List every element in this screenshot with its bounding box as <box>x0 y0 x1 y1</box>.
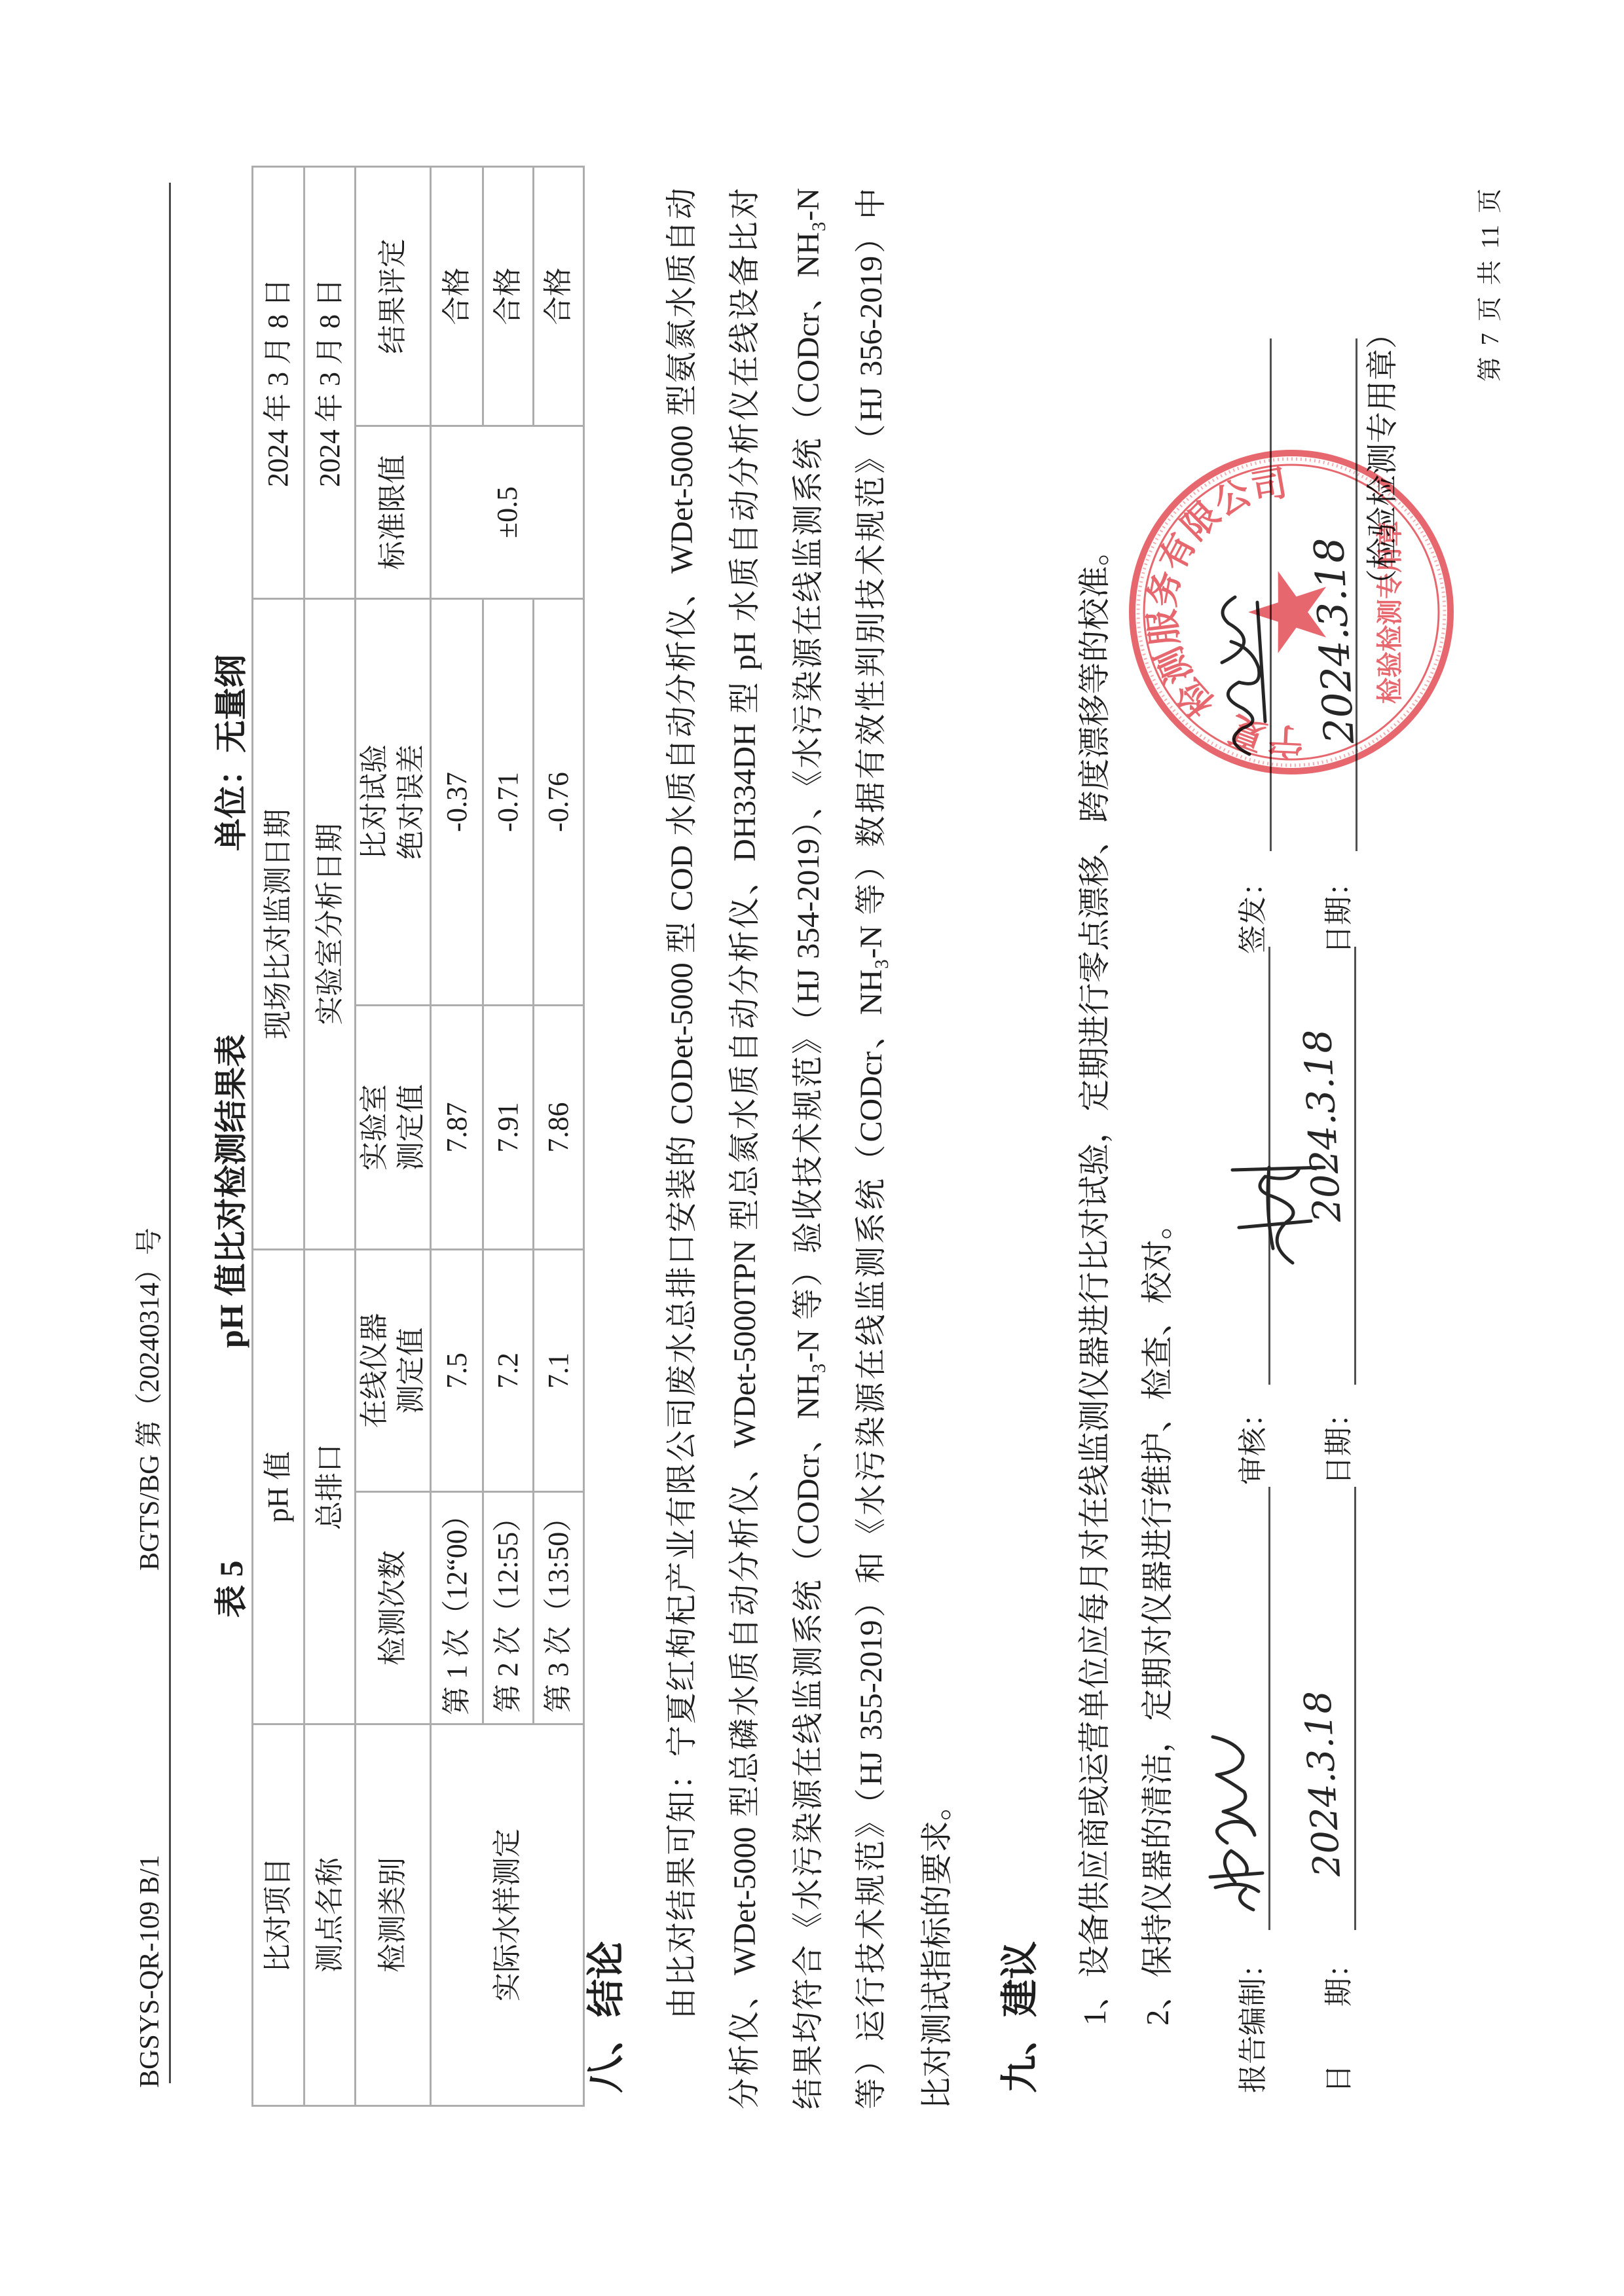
run-cell: 第 2 次（12:55） <box>483 1492 534 1724</box>
conclusion-line: 等）运行技术规范》（HJ 355-2019）和《水污染源在线监测系统（CODcr… <box>852 188 891 2109</box>
page-number: 第 7 页 共 11 页 <box>1475 189 1506 382</box>
reviewed-date-label: 日期： <box>1321 1398 1357 1485</box>
seal-center-text: 检验检测专用章 <box>1375 520 1405 704</box>
column-header-category: 检测类别 <box>356 1724 431 2106</box>
result-cell: 合格 <box>534 167 584 426</box>
field-date-label: 现场比对监测日期 <box>253 599 304 1250</box>
conclusion-heading: 八、结论 <box>583 1941 629 2093</box>
abs-error-cell: -0.71 <box>483 599 534 1006</box>
table-title: pH 值比对检测结果表 <box>212 1034 251 1348</box>
prepared-date-handwritten: 2024.3.18 <box>1297 1690 1350 1878</box>
prepared-date-label: 日 期： <box>1321 1949 1357 2093</box>
comparison-item-value: pH 值 <box>253 1250 304 1724</box>
online-value-cell: 7.5 <box>431 1250 483 1492</box>
prepared-by-label: 报告编制： <box>1236 1949 1271 2093</box>
ph-comparison-table: 比对项目 pH 值 现场比对监测日期 2024 年 3 月 8 日 测点名称 总… <box>251 166 585 2107</box>
standard-limit-cell: ±0.5 <box>431 426 584 599</box>
table-row-site: 测点名称 总排口 实验室分析日期 2024 年 3 月 8 日 <box>304 167 356 2106</box>
report-page: BGSYS-QR-109 B/1 BGTS/BG 第（20240314）号 表 … <box>0 0 1624 2296</box>
abs-error-cell: -0.37 <box>431 599 483 1006</box>
suggestion-item: 2、保持仪器的清洁，定期对仪器进行维护、检查、校对。 <box>1138 1207 1177 2026</box>
lab-value-cell: 7.87 <box>431 1006 483 1250</box>
lab-value-cell: 7.86 <box>534 1006 584 1250</box>
table-unit: 单位：无量纲 <box>212 655 251 851</box>
reviewed-date-line <box>1354 947 1356 1385</box>
conclusion-line: 由比对结果可知：宁夏红枸杞产业有限公司废水总排口安装的 CODet-5000 型… <box>663 188 702 2019</box>
table-row: 实际水样测定 第 1 次（12“00） 7.5 7.87 -0.37 ±0.5 … <box>431 167 483 2106</box>
header-rule <box>169 183 171 2083</box>
column-header-result: 结果评定 <box>356 167 431 426</box>
site-value: 总排口 <box>304 1250 356 1724</box>
site-label: 测点名称 <box>304 1724 356 2106</box>
comparison-item-label: 比对项目 <box>253 1724 304 2106</box>
column-header-online: 在线仪器 测定值 <box>356 1250 431 1492</box>
result-cell: 合格 <box>483 167 534 426</box>
reviewed-by-label: 审核： <box>1236 1398 1271 1485</box>
seal-arc-main: 检测服务有限公司 <box>1141 462 1291 725</box>
seal-arc-prefix: 宁夏 <box>1224 708 1304 763</box>
lab-date-label: 实验室分析日期 <box>304 599 356 1250</box>
online-value-cell: 7.1 <box>534 1250 584 1492</box>
run-cell: 第 1 次（12“00） <box>431 1492 483 1724</box>
lab-date-value: 2024 年 3 月 8 日 <box>304 167 356 599</box>
table-row-comparison-item: 比对项目 pH 值 现场比对监测日期 2024 年 3 月 8 日 <box>253 167 304 2106</box>
issued-by-label: 签发： <box>1236 867 1271 954</box>
table-number: 表 5 <box>212 1561 251 1618</box>
conclusion-line: 分析仪、WDet-5000 型总磷水质自动分析仪、WDet-5000TPN 型总… <box>726 188 765 2109</box>
company-seal: 宁夏检测服务有限公司 检验检测专用章 <box>1121 442 1462 782</box>
suggestions-heading: 九、建议 <box>997 1941 1043 2093</box>
field-date-value: 2024 年 3 月 8 日 <box>253 167 304 599</box>
column-header-run: 检测次数 <box>356 1492 431 1724</box>
reviewed-date-handwritten: 2024.3.18 <box>1295 1028 1350 1223</box>
column-header-abs-error: 比对试验 绝对误差 <box>356 599 431 1006</box>
abs-error-cell: -0.76 <box>534 599 584 1006</box>
result-cell: 合格 <box>431 167 483 426</box>
run-cell: 第 3 次（13:50） <box>534 1492 584 1724</box>
suggestion-item: 1、设备供应商或运营单位应每月对在线监测仪器进行比对试验，定期进行零点漂移、跨度… <box>1075 534 1115 2026</box>
online-value-cell: 7.2 <box>483 1250 534 1492</box>
table-header-row: 检测类别 检测次数 在线仪器 测定值 实验室 测定值 比对试验 绝对误差 标准限… <box>356 167 431 2106</box>
seal-star-icon <box>1248 571 1326 653</box>
column-header-lab: 实验室 测定值 <box>356 1006 431 1250</box>
conclusion-line: 比对测试指标的要求。 <box>917 188 957 2109</box>
prepared-by-signature <box>1198 1733 1270 1916</box>
column-header-limit: 标准限值 <box>356 426 431 599</box>
report-number: BGTS/BG 第（20240314）号 <box>134 1228 166 1571</box>
prepared-date-line <box>1354 1487 1356 1930</box>
issued-date-label: 日期： <box>1321 867 1357 954</box>
lab-value-cell: 7.91 <box>483 1006 534 1250</box>
conclusion-line: 结果均符合《水污染源在线监测系统（CODcr、NH₃-N 等）验收技术规范》（H… <box>789 188 828 2109</box>
form-code: BGSYS-QR-109 B/1 <box>134 1855 166 2088</box>
category-cell: 实际水样测定 <box>431 1724 584 2106</box>
